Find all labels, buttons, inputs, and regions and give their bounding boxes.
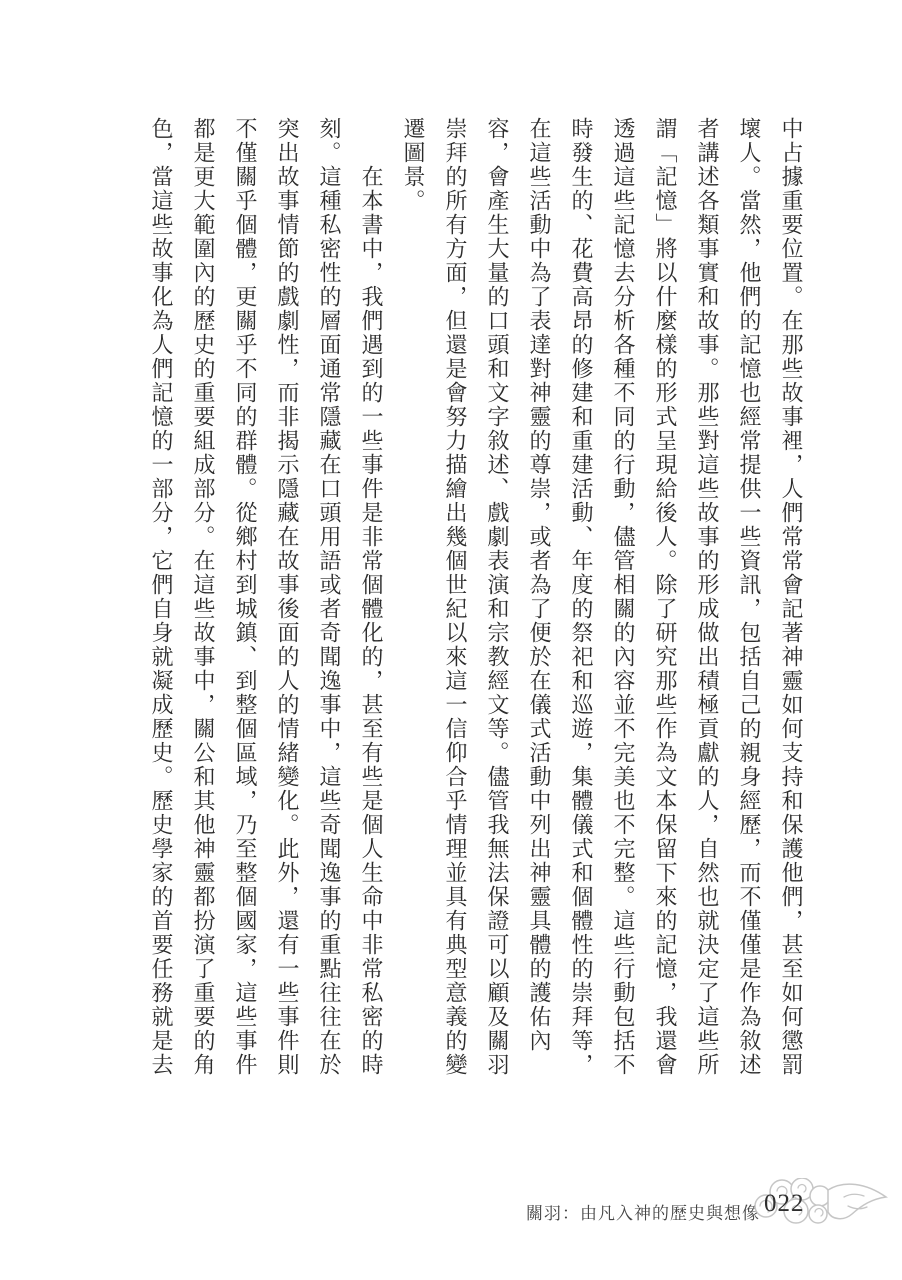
paragraph-2: 在本書中，我們遇到的一些事件是非常個體化的，甚至有些是個人生命中非常私密的時刻。… [140,117,392,1080]
page-number: 022 [764,1190,805,1218]
vertical-text-block: 中占據重要位置。在那些故事裡，人們常常會記著神靈如何支持和保護他們，甚至如何懲罰… [140,117,812,1080]
book-page: 中占據重要位置。在那些故事裡，人們常常會記著神靈如何支持和保護他們，甚至如何懲罰… [0,0,902,1280]
footer-book-title: 關羽：由凡入神的歷史與想像 [526,1199,760,1224]
paragraph-1: 中占據重要位置。在那些故事裡，人們常常會記著神靈如何支持和保護他們，甚至如何懲罰… [392,117,812,1080]
